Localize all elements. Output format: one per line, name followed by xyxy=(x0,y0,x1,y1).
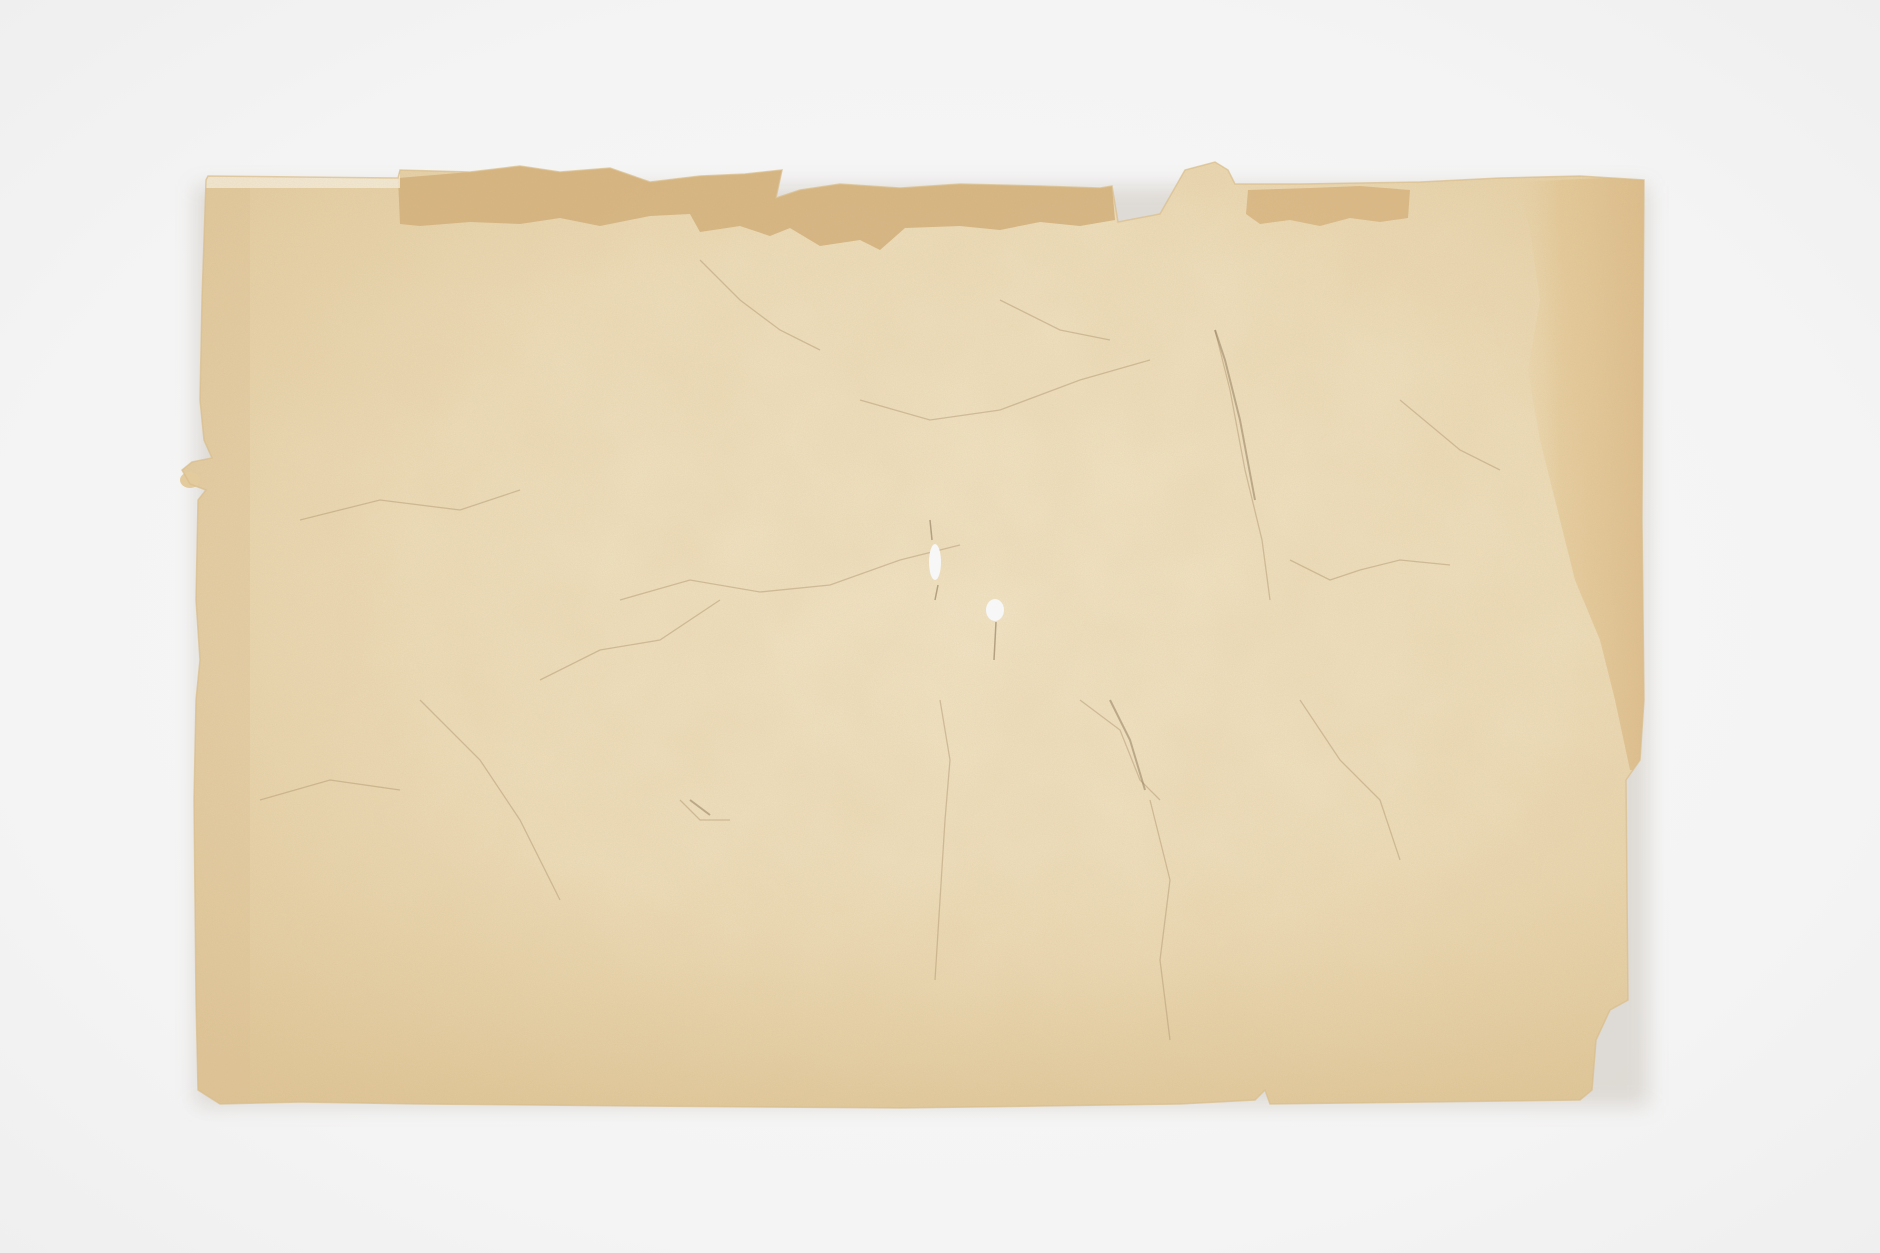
paper-hole xyxy=(929,544,941,580)
aged-paper-sheet xyxy=(0,0,1880,1253)
torn-flap xyxy=(180,472,200,488)
photo-background: Blank aged crumpled paper Photograph of … xyxy=(0,0,1880,1253)
paper-illustration xyxy=(0,0,1880,1253)
paper-hole xyxy=(986,599,1004,621)
paper-body xyxy=(180,150,1660,1130)
